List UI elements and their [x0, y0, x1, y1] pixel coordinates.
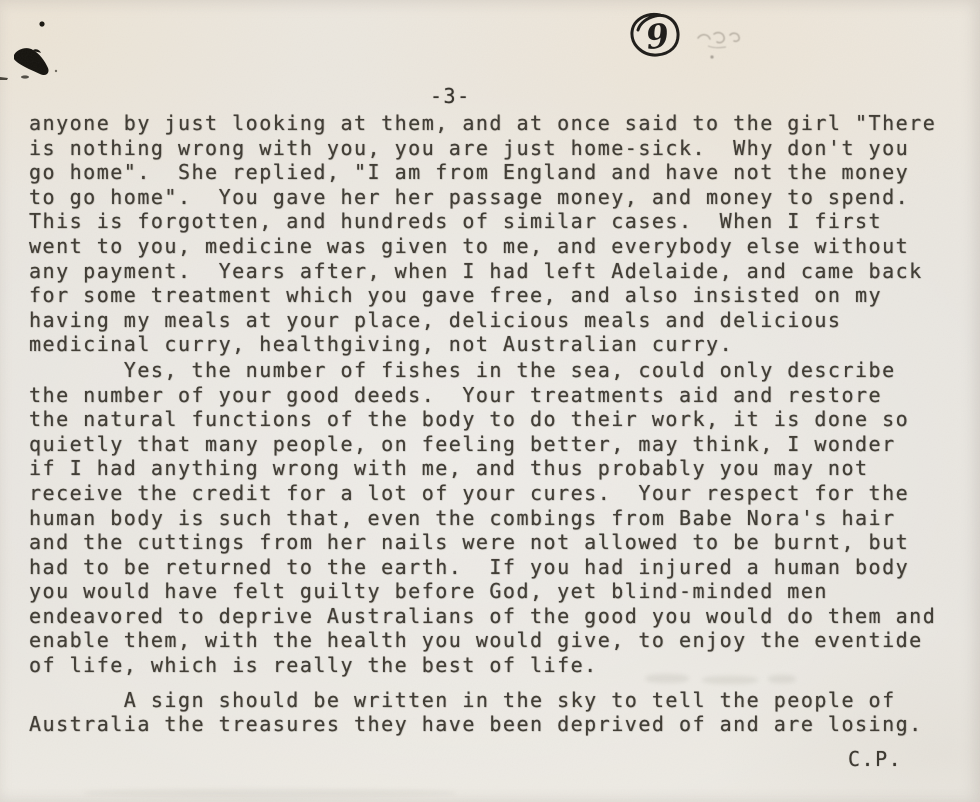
bleed-through-smudge	[768, 675, 796, 683]
handwritten-number: 9	[644, 16, 672, 58]
text-line: Yes, the number of fishes in the sea, co…	[29, 358, 959, 383]
text-line: the natural functions of the body to do …	[29, 407, 959, 432]
text-line: had to be returned to the earth. If you …	[29, 555, 959, 580]
text-line: went to you, medicine was given to me, a…	[29, 234, 959, 259]
letter-body: anyone by just looking at them, and at o…	[29, 111, 959, 737]
paragraph: Yes, the number of fishes in the sea, co…	[29, 358, 959, 678]
text-line: Australia the treasures they have been d…	[29, 712, 959, 737]
text-line: go home". She replied, "I am from Englan…	[29, 160, 959, 185]
text-line: receive the credit for a lot of your cur…	[29, 481, 959, 506]
text-line: is nothing wrong with you, you are just …	[29, 136, 959, 161]
scanned-letter-page: 9 -3- anyone by just looking at them, an…	[0, 0, 980, 802]
paragraph: anyone by just looking at them, and at o…	[29, 111, 959, 357]
bleed-through-smudge	[702, 676, 758, 684]
paragraph: A sign should be written in the sky to t…	[29, 688, 959, 737]
text-line: This is forgotten, and hundreds of simil…	[29, 209, 959, 234]
text-line: medicinal curry, healthgiving, not Austr…	[29, 332, 959, 357]
signature-initials: C.P.	[848, 747, 902, 771]
page-number: -3-	[430, 84, 471, 108]
text-line: having my meals at your place, delicious…	[29, 308, 959, 333]
text-line: the number of your good deeds. Your trea…	[29, 383, 959, 408]
text-line: of life, which is really the best of lif…	[29, 653, 959, 678]
bleed-through-smudge	[84, 789, 456, 797]
text-line: if I had anything wrong with me, and thu…	[29, 456, 959, 481]
text-line: and the cuttings from her nails were not…	[29, 530, 959, 555]
ink-blot	[0, 8, 80, 98]
text-line: enable them, with the health you would g…	[29, 628, 959, 653]
text-line: endeavored to deprive Australians of the…	[29, 604, 959, 629]
text-line: for some treatment which you gave free, …	[29, 283, 959, 308]
text-line: human body is such that, even the combin…	[29, 506, 959, 531]
text-line: A sign should be written in the sky to t…	[29, 688, 959, 713]
text-line: anyone by just looking at them, and at o…	[29, 111, 959, 136]
pencil-scribble	[694, 24, 754, 64]
bleed-through-smudge	[645, 674, 689, 683]
text-line: any payment. Years after, when I had lef…	[29, 259, 959, 284]
text-line: you would have felt guilty before God, y…	[29, 579, 959, 604]
text-line: to go home". You gave her her passage mo…	[29, 185, 959, 210]
handwritten-circled-page-number: 9	[626, 10, 688, 68]
text-line: quietly that many people, on feeling bet…	[29, 432, 959, 457]
